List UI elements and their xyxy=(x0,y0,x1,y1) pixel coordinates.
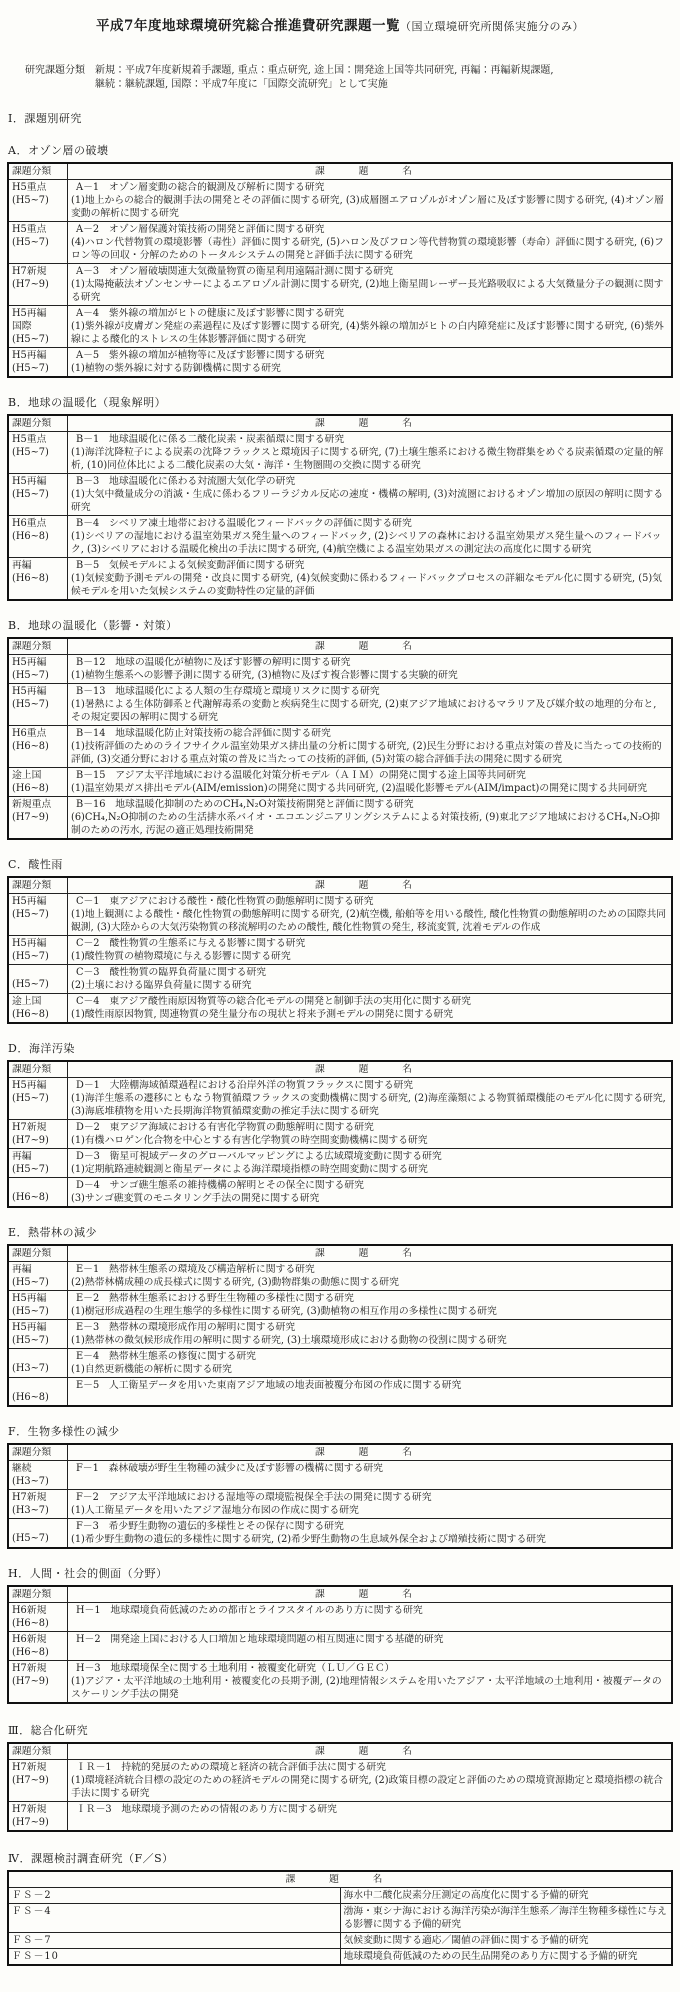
topic-title: C－3 酸性物質の臨界負荷量に関する研究 xyxy=(71,966,668,979)
topic-cell: D－1 大陸棚海域循環過程における沿岸外洋の物質フラックスに関する研究(1)海洋… xyxy=(68,1078,673,1120)
research-table-D: 課題分類課 題 名H5再編(H5~7)D－1 大陸棚海域循環過程における沿岸外洋… xyxy=(7,1060,673,1208)
class-cell: H6新規(H6~8) xyxy=(8,1632,68,1661)
table-row: H6新規(H6~8)H－2 開発途上国における人口増加と地球環境問題の相互関連に… xyxy=(8,1632,672,1661)
class-period: (H6~8) xyxy=(12,1617,64,1630)
topic-cell: D－3 衛星可視域データのグローバルマッピングによる広域環境変動に関する研究(1… xyxy=(68,1149,673,1178)
topic-detail: (1)紫外線が皮膚ガン発症の素過程に及ぼす影響に関する研究, (4)紫外線の増加… xyxy=(71,320,668,346)
research-table-III: 課題分類課 題 名H7新規(H7~9)ＩＲ－1 持続的発展のための環境と経済の統… xyxy=(7,1742,673,1832)
topic-detail: (1)地上観測による酸性・酸化性物質の動態解明に関する研究, (2)航空機, 船… xyxy=(71,908,668,934)
page-title: 平成7年度地球環境研究総合推進費研究課題一覧（国立環境研究所関係実施分のみ） xyxy=(7,14,673,34)
table-header-class: 課題分類 xyxy=(8,415,68,432)
research-table-B1: 課題分類課 題 名H5重点(H5~7)B－1 地球温暖化に係る二酸化炭素・炭素循… xyxy=(7,414,673,601)
class-cell: H5再編 国際(H5~7) xyxy=(8,306,68,348)
class-label: H5重点 xyxy=(12,181,64,194)
fs-code: ＦＳ－4 xyxy=(8,1904,340,1933)
table-header-name: 課 題 名 xyxy=(68,877,673,894)
class-label: H5再編 xyxy=(12,895,64,908)
class-label: 新規重点 xyxy=(12,798,64,811)
topic-detail: (1)定期航路連続観測と衛星データによる海洋環境指標の時空間変動に関する研究 xyxy=(71,1163,668,1176)
table-header-class: 課題分類 xyxy=(8,877,68,894)
class-cell: H5再編(H5~7) xyxy=(8,1320,68,1349)
class-cell: H5再編(H5~7) xyxy=(8,894,68,936)
topic-detail: (1)希少野生動物の遺伝的多様性に関する研究, (2)希少野生動物の生息域外保全… xyxy=(71,1533,668,1546)
table-row: (H5~7)F－3 希少野生動物の遺伝的多様性とその保存に関する研究(1)希少野… xyxy=(8,1519,672,1549)
topic-detail: (1)植物の紫外線に対する防御機構に関する研究 xyxy=(71,362,668,375)
topic-cell: E－1 熱帯林生態系の環境及び構造解析に関する研究(2)熱帯林構成種の成長様式に… xyxy=(68,1262,673,1291)
class-label: 再編 xyxy=(12,1150,64,1163)
class-period: (H5~7) xyxy=(12,978,64,991)
class-cell: H5再編(H5~7) xyxy=(8,348,68,378)
doc-title-text: 平成7年度地球環境研究総合推進費研究課題一覧 xyxy=(96,18,400,34)
topic-title: E－2 熱帯林生態系における野生生物種の多様性に関する研究 xyxy=(71,1292,668,1305)
topic-title: A－1 オゾン層変動の総合的観測及び解析に関する研究 xyxy=(71,181,668,194)
class-label: H7新規 xyxy=(12,1803,64,1816)
table-header-name: 課 題 名 xyxy=(68,1245,673,1262)
class-label: 継続 xyxy=(12,1462,64,1475)
class-label: H7新規 xyxy=(12,265,64,278)
table-row: H5重点(H5~7)A－2 オゾン層保護対策技術の開発と評価に関する研究(4)ハ… xyxy=(8,222,672,264)
table-header-name: 課 題 名 xyxy=(68,1586,673,1603)
table-row: H7新規(H7~9)H－3 地球環境保全に関する土地利用・被覆変化研究（ＬＵ／Ｇ… xyxy=(8,1661,672,1704)
topic-detail: (1)海洋生態系の遷移にともなう物質循環フラックスの変動機構に関する研究, (2… xyxy=(71,1092,668,1118)
table-row: 再編(H6~8)B－5 気候モデルによる気候変動評価に関する研究(1)気候変動予… xyxy=(8,558,672,601)
class-period: (H5~7) xyxy=(12,1276,64,1289)
topic-cell: B－15 アジア太平洋地域における温暖化対策分析モデル（ＡＩＭ）の開発に関する途… xyxy=(68,768,673,797)
topic-detail: (1)暑熱による生体防御系と代謝解毒系の変動と疾病発生に関する研究, (2)東ア… xyxy=(71,698,668,724)
class-period: (H5~7) xyxy=(12,1305,64,1318)
table-header-class: 課題分類 xyxy=(8,1444,68,1461)
class-cell: 再編(H5~7) xyxy=(8,1262,68,1291)
topic-title: B－14 地球温暖化防止対策技術の総合評価に関する研究 xyxy=(71,727,668,740)
table-row: (H6~8)D－4 サンゴ礁生態系の維持機構の解明とその保全に関する研究(3)サ… xyxy=(8,1178,672,1208)
class-period: (H7~9) xyxy=(12,278,64,291)
class-cell: H7新規(H3~7) xyxy=(8,1490,68,1519)
class-label: H7新規 xyxy=(12,1121,64,1134)
class-label: H6新規 xyxy=(12,1604,64,1617)
class-label: H5再編 xyxy=(12,349,64,362)
class-label: H5重点 xyxy=(12,433,64,446)
topic-title: F－1 森林破壊が野生生物種の減少に及ぼす影響の機構に関する研究 xyxy=(71,1462,668,1475)
class-cell: 途上国(H6~8) xyxy=(8,768,68,797)
table-header-class: 課題分類 xyxy=(8,1586,68,1603)
topic-cell: A－1 オゾン層変動の総合的観測及び解析に関する研究(1)地上からの総合的観測手… xyxy=(68,180,673,222)
topic-cell: E－5 人工衛星データを用いた東南アジア地域の地表面被覆分布図の作成に関する研究 xyxy=(68,1378,673,1407)
class-cell: H5再編(H5~7) xyxy=(8,1078,68,1120)
class-label xyxy=(12,1379,64,1391)
table-row: ＦＳ－10地球環境負荷低減のための民生品開発のあり方に関する予備的研究 xyxy=(8,1949,672,1966)
fs-code: ＦＳ－10 xyxy=(8,1949,340,1966)
section-heading-I: Ⅰ．課題別研究 xyxy=(8,110,673,126)
class-period: (H5~7) xyxy=(12,669,64,682)
table-row: ＦＳ－4渤海・東シナ海における海洋汚染が海洋生態系／海洋生物種多様性に与える影響… xyxy=(8,1904,672,1933)
topic-detail: (1)大気中微量成分の消滅・生成に係わるフリーラジカル反応の速度・機構の解明, … xyxy=(71,488,668,514)
table-row: H5再編(H5~7)C－1 東アジアにおける酸性・酸化性物質の動態解明に関する研… xyxy=(8,894,672,936)
topic-detail: (4)ハロン代替物質の環境影響（毒性）評価に関する研究, (5)ハロン及びフロン… xyxy=(71,236,668,262)
section-heading-B2: B．地球の温暖化（影響・対策） xyxy=(8,617,673,633)
class-period: (H3~7) xyxy=(12,1504,64,1517)
table-header-row: 課 題 名 xyxy=(8,1871,672,1888)
table-row: H5再編(H5~7)B－12 地球の温暖化が植物に及ぼす影響の解明に関する研究(… xyxy=(8,655,672,684)
topic-cell: B－4 シベリア凍土地帯における温暖化フィードバックの評価に関する研究(1)シベ… xyxy=(68,516,673,558)
topic-detail: (1)酸性雨原因物質, 関連物質の発生量分布の現状と将来予測モデルの開発に関する… xyxy=(71,1008,668,1021)
section-heading-A: A．オゾン層の破壊 xyxy=(8,142,673,158)
class-period: (H6~8) xyxy=(12,572,64,585)
class-period: (H5~7) xyxy=(12,362,64,375)
research-table-B2: 課題分類課 題 名H5再編(H5~7)B－12 地球の温暖化が植物に及ぼす影響の… xyxy=(7,637,673,840)
topic-cell: F－2 アジア太平洋地域における湿地等の環境監視保全手法の開発に関する研究(1)… xyxy=(68,1490,673,1519)
table-header-name: 課 題 名 xyxy=(68,415,673,432)
table-header-class: 課題分類 xyxy=(8,1245,68,1262)
table-header-name: 課 題 名 xyxy=(68,638,673,655)
table-row: H7新規(H7~9)ＩＲ－1 持続的発展のための環境と経済の統合評価手法に関する… xyxy=(8,1760,672,1802)
class-period: (H6~8) xyxy=(12,782,64,795)
topic-cell: B－3 地球温暖化に係わる対流圏大気化学の研究(1)大気中微量成分の消滅・生成に… xyxy=(68,474,673,516)
topic-cell: H－1 地球環境負荷低減のための都市とライフスタイルのあり方に関する研究 xyxy=(68,1603,673,1632)
topic-detail: (1)人工衛星データを用いたアジア湿地分布図の作成に関する研究 xyxy=(71,1504,668,1517)
table-header-name: 課 題 名 xyxy=(68,163,673,180)
table-row: H5再編(H5~7)A－5 紫外線の増加が植物等に及ぼす影響に関する研究(1)植… xyxy=(8,348,672,378)
topic-title: D－3 衛星可視域データのグローバルマッピングによる広域環境変動に関する研究 xyxy=(71,1150,668,1163)
class-period: (H6~8) xyxy=(12,530,64,543)
section-heading-E: E．熱帯林の減少 xyxy=(8,1224,673,1240)
legend-lines: 新規：平成7年度新規着手課題, 重点：重点研究, 途上国：開発途上国等共同研究,… xyxy=(95,64,554,92)
table-row: (H5~7)C－3 酸性物質の臨界負荷量に関する研究(2)土壌における臨界負荷量… xyxy=(8,965,672,994)
topic-cell: D－4 サンゴ礁生態系の維持機構の解明とその保全に関する研究(3)サンゴ礁変質の… xyxy=(68,1178,673,1208)
class-cell: H6新規(H6~8) xyxy=(8,1603,68,1632)
class-cell: (H5~7) xyxy=(8,965,68,994)
class-period: (H5~7) xyxy=(12,236,64,249)
topic-title: 地球環境負荷低減のための民生品開発のあり方に関する予備的研究 xyxy=(344,1950,669,1963)
table-row: H7新規(H7~9)D－2 東アジア海域における有害化学物質の動態解明に関する研… xyxy=(8,1120,672,1149)
class-period: (H6~8) xyxy=(12,1191,64,1204)
research-table-A: 課題分類課 題 名H5重点(H5~7)A－1 オゾン層変動の総合的観測及び解析に… xyxy=(7,162,673,378)
table-row: (H6~8)E－5 人工衛星データを用いた東南アジア地域の地表面被覆分布図の作成… xyxy=(8,1378,672,1407)
table-header-name: 課 題 名 xyxy=(8,1871,672,1888)
class-label: H5再編 国際 xyxy=(12,307,64,333)
topic-detail: (1)海洋沈降粒子による炭素の沈降フラックスと環境因子に関する研究, (7)土壌… xyxy=(71,446,668,472)
class-period: (H6~8) xyxy=(12,740,64,753)
class-cell: H6重点(H6~8) xyxy=(8,516,68,558)
class-cell: (H5~7) xyxy=(8,1519,68,1549)
class-label xyxy=(12,1179,64,1191)
class-cell: H7新規(H7~9) xyxy=(8,1120,68,1149)
topic-title: B－5 気候モデルによる気候変動評価に関する研究 xyxy=(71,559,668,572)
topic-title: H－1 地球環境負荷低減のための都市とライフスタイルのあり方に関する研究 xyxy=(71,1604,668,1617)
topic-title: A－5 紫外線の増加が植物等に及ぼす影響に関する研究 xyxy=(71,349,668,362)
section-heading-F: F．生物多様性の減少 xyxy=(8,1423,673,1439)
class-cell: H5再編(H5~7) xyxy=(8,936,68,965)
topic-title: ＩＲ－1 持続的発展のための環境と経済の統合評価手法に関する研究 xyxy=(71,1761,668,1774)
topic-cell: B－12 地球の温暖化が植物に及ぼす影響の解明に関する研究(1)植物生態系への影… xyxy=(68,655,673,684)
table-header-row: 課題分類課 題 名 xyxy=(8,1444,672,1461)
class-cell: H5再編(H5~7) xyxy=(8,1291,68,1320)
table-header-name: 課 題 名 xyxy=(68,1743,673,1760)
class-label: H5再編 xyxy=(12,937,64,950)
table-row: H7新規(H3~7)F－2 アジア太平洋地域における湿地等の環境監視保全手法の開… xyxy=(8,1490,672,1519)
topic-cell: B－16 地球温暖化抑制のためのCH₄,N₂O対策技術開発と評価に関する研究(6… xyxy=(68,797,673,840)
topic-title: F－3 希少野生動物の遺伝的多様性とその保存に関する研究 xyxy=(71,1520,668,1533)
class-period: (H7~9) xyxy=(12,1774,64,1787)
topic-cell: A－4 紫外線の増加がヒトの健康に及ぼす影響に関する研究(1)紫外線が皮膚ガン発… xyxy=(68,306,673,348)
topic-cell: D－2 東アジア海域における有害化学物質の動態解明に関する研究(1)有機ハロゲン… xyxy=(68,1120,673,1149)
topic-cell: C－4 東アジア酸性雨原因物質等の総合化モデルの開発と制御手法の実用化に関する研… xyxy=(68,994,673,1024)
topic-title: B－12 地球の温暖化が植物に及ぼす影響の解明に関する研究 xyxy=(71,656,668,669)
topic-cell: A－3 オゾン層破壊関連大気微量物質の衛星利用遠隔計測に関する研究(1)太陽掩蔽… xyxy=(68,264,673,306)
topic-cell: F－1 森林破壊が野生生物種の減少に及ぼす影響の機構に関する研究 xyxy=(68,1461,673,1490)
topic-cell: E－3 熱帯林の環境形成作用の解明に関する研究(1)熱帯林の微気候形成作用の解明… xyxy=(68,1320,673,1349)
topic-title: B－1 地球温暖化に係る二酸化炭素・炭素循環に関する研究 xyxy=(71,433,668,446)
table-row: H5重点(H5~7)B－1 地球温暖化に係る二酸化炭素・炭素循環に関する研究(1… xyxy=(8,432,672,474)
research-table-H: 課題分類課 題 名H6新規(H6~8)H－1 地球環境負荷低減のための都市とライ… xyxy=(7,1585,673,1704)
topic-cell: B－13 地球温暖化による人類の生存環境と環境リスクに関する研究(1)暑熱による… xyxy=(68,684,673,726)
topic-detail: (1)熱帯林の微気候形成作用の解明に関する研究, (3)土壌環境形成における動物… xyxy=(71,1334,668,1347)
class-label xyxy=(12,1520,64,1532)
topic-title: B－13 地球温暖化による人類の生存環境と環境リスクに関する研究 xyxy=(71,685,668,698)
document-page: 平成7年度地球環境研究総合推進費研究課題一覧（国立環境研究所関係実施分のみ） 研… xyxy=(0,0,680,1992)
table-header-row: 課題分類課 題 名 xyxy=(8,1586,672,1603)
table-row: H5再編(H5~7)E－3 熱帯林の環境形成作用の解明に関する研究(1)熱帯林の… xyxy=(8,1320,672,1349)
class-period: (H3~7) xyxy=(12,1362,64,1375)
table-row: H5再編(H5~7)E－2 熱帯林生態系における野生生物種の多様性に関する研究(… xyxy=(8,1291,672,1320)
class-period: (H5~7) xyxy=(12,333,64,346)
fs-code: ＦＳ－2 xyxy=(8,1888,340,1904)
topic-title: D－1 大陸棚海域循環過程における沿岸外洋の物質フラックスに関する研究 xyxy=(71,1079,668,1092)
table-header-name: 課 題 名 xyxy=(68,1061,673,1078)
class-cell: H7新規(H7~9) xyxy=(8,264,68,306)
topic-title: F－2 アジア太平洋地域における湿地等の環境監視保全手法の開発に関する研究 xyxy=(71,1491,668,1504)
class-period: (H6~8) xyxy=(12,1646,64,1659)
topic-title: E－3 熱帯林の環境形成作用の解明に関する研究 xyxy=(71,1321,668,1334)
topic-detail: (6)CH₄,N₂O抑制のための生活排水系バイオ・エコエンジニアリングシステムに… xyxy=(71,811,668,837)
class-cell: H7新規(H7~9) xyxy=(8,1802,68,1832)
class-label: H5再編 xyxy=(12,685,64,698)
table-header-class: 課題分類 xyxy=(8,163,68,180)
table-row: H5再編 国際(H5~7)A－4 紫外線の増加がヒトの健康に及ぼす影響に関する研… xyxy=(8,306,672,348)
class-period: (H7~9) xyxy=(12,1816,64,1829)
table-header-row: 課題分類課 題 名 xyxy=(8,163,672,180)
topic-detail: (1)樹冠形成過程の生理生態学的多様性に関する研究, (3)動植物の相互作用の多… xyxy=(71,1305,668,1318)
table-row: H5再編(H5~7)D－1 大陸棚海域循環過程における沿岸外洋の物質フラックスに… xyxy=(8,1078,672,1120)
class-period: (H7~9) xyxy=(12,1134,64,1147)
topic-cell: B－14 地球温暖化防止対策技術の総合評価に関する研究(1)技術評価のためのライ… xyxy=(68,726,673,768)
table-header-class: 課題分類 xyxy=(8,1061,68,1078)
topic-cell: ＩＲ－3 地球環境予測のための情報のあり方に関する研究 xyxy=(68,1802,673,1832)
class-period: (H5~7) xyxy=(12,194,64,207)
table-row: H7新規(H7~9)A－3 オゾン層破壊関連大気微量物質の衛星利用遠隔計測に関す… xyxy=(8,264,672,306)
topic-detail: (1)温室効果ガス排出モデル(AIM/emission)の開発に関する共同研究,… xyxy=(71,782,668,795)
topic-title: D－4 サンゴ礁生態系の維持機構の解明とその保全に関する研究 xyxy=(71,1179,668,1192)
table-row: (H3~7)E－4 熱帯林生態系の修復に関する研究(1)自然更新機能の解析に関す… xyxy=(8,1349,672,1378)
class-period: (H5~7) xyxy=(12,698,64,711)
topic-cell: F－3 希少野生動物の遺伝的多様性とその保存に関する研究(1)希少野生動物の遺伝… xyxy=(68,1519,673,1549)
table-row: 再編(H5~7)E－1 熱帯林生態系の環境及び構造解析に関する研究(2)熱帯林構… xyxy=(8,1262,672,1291)
table-header-row: 課題分類課 題 名 xyxy=(8,1245,672,1262)
topic-detail: (1)地上からの総合的観測手法の開発とその評価に関する研究, (3)成層圏エアロ… xyxy=(71,194,668,220)
class-period: (H5~7) xyxy=(12,950,64,963)
topic-detail: (1)環境経済統合目標の設定のための経済モデルの開発に関する研究, (2)政策目… xyxy=(71,1774,668,1800)
topic-cell: 海水中二酸化炭素分圧測定の高度化に関する予備的研究 xyxy=(340,1888,672,1904)
table-row: H6重点(H6~8)B－14 地球温暖化防止対策技術の総合評価に関する研究(1)… xyxy=(8,726,672,768)
topic-cell: H－3 地球環境保全に関する土地利用・被覆変化研究（ＬＵ／ＧＥＣ）(1)アジア・… xyxy=(68,1661,673,1704)
table-row: 途上国(H6~8)C－4 東アジア酸性雨原因物質等の総合化モデルの開発と制御手法… xyxy=(8,994,672,1024)
class-cell: 再編(H6~8) xyxy=(8,558,68,601)
class-label: H6重点 xyxy=(12,517,64,530)
topic-cell: A－5 紫外線の増加が植物等に及ぼす影響に関する研究(1)植物の紫外線に対する防… xyxy=(68,348,673,378)
table-header-row: 課題分類課 題 名 xyxy=(8,415,672,432)
topic-cell: E－2 熱帯林生態系における野生生物種の多様性に関する研究(1)樹冠形成過程の生… xyxy=(68,1291,673,1320)
topic-title: H－3 地球環境保全に関する土地利用・被覆変化研究（ＬＵ／ＧＥＣ） xyxy=(71,1662,668,1675)
class-period: (H5~7) xyxy=(12,908,64,921)
topic-cell: C－2 酸性物質の生態系に与える影響に関する研究(1)酸性物質の植物環境に与える… xyxy=(68,936,673,965)
class-cell: (H6~8) xyxy=(8,1178,68,1208)
doc-title-suffix: （国立環境研究所関係実施分のみ） xyxy=(400,20,584,33)
class-cell: 再編(H5~7) xyxy=(8,1149,68,1178)
topic-cell: B－1 地球温暖化に係る二酸化炭素・炭素循環に関する研究(1)海洋沈降粒子による… xyxy=(68,432,673,474)
section-heading-III: Ⅲ．総合化研究 xyxy=(8,1722,673,1738)
topic-detail: (2)熱帯林構成種の成長様式に関する研究, (3)動物群集の動態に関する研究 xyxy=(71,1276,668,1289)
topic-title: B－3 地球温暖化に係わる対流圏大気化学の研究 xyxy=(71,475,668,488)
class-label: H7新規 xyxy=(12,1761,64,1774)
topic-title: C－1 東アジアにおける酸性・酸化性物質の動態解明に関する研究 xyxy=(71,895,668,908)
table-header-class: 課題分類 xyxy=(8,1743,68,1760)
topic-detail: (1)アジア・太平洋地域の土地利用・被覆変化の長期予測, (2)地理情報システム… xyxy=(71,1675,668,1701)
class-period: (H6~8) xyxy=(12,1391,64,1404)
legend-label: 研究課題分類 xyxy=(25,64,85,92)
legend-line-1: 新規：平成7年度新規着手課題, 重点：重点研究, 途上国：開発途上国等共同研究,… xyxy=(95,64,554,78)
topic-detail: (1)自然更新機能の解析に関する研究 xyxy=(71,1363,668,1376)
class-label: H5再編 xyxy=(12,1079,64,1092)
research-table-IV: 課 題 名ＦＳ－2海水中二酸化炭素分圧測定の高度化に関する予備的研究ＦＳ－4渤海… xyxy=(7,1870,673,1966)
topic-title: 海水中二酸化炭素分圧測定の高度化に関する予備的研究 xyxy=(344,1889,669,1902)
topic-title: 気候変動に関する適応／閾値の評価に関する予備的研究 xyxy=(344,1934,669,1947)
class-label xyxy=(12,966,64,978)
table-header-row: 課題分類課 題 名 xyxy=(8,1743,672,1760)
topic-detail: (1)有機ハロゲン化合物を中心とする有害化学物質の時空間変動機構に関する研究 xyxy=(71,1134,668,1147)
table-header-row: 課題分類課 題 名 xyxy=(8,1061,672,1078)
table-row: H5重点(H5~7)A－1 オゾン層変動の総合的観測及び解析に関する研究(1)地… xyxy=(8,180,672,222)
table-row: 再編(H5~7)D－3 衛星可視域データのグローバルマッピングによる広域環境変動… xyxy=(8,1149,672,1178)
table-row: H5再編(H5~7)B－13 地球温暖化による人類の生存環境と環境リスクに関する… xyxy=(8,684,672,726)
class-label: H5再編 xyxy=(12,475,64,488)
class-cell: (H3~7) xyxy=(8,1349,68,1378)
class-label: H5重点 xyxy=(12,223,64,236)
section-heading-D: D．海洋汚染 xyxy=(8,1040,673,1056)
topic-cell: C－1 東アジアにおける酸性・酸化性物質の動態解明に関する研究(1)地上観測によ… xyxy=(68,894,673,936)
class-period: (H3~7) xyxy=(12,1475,64,1488)
topic-cell: 気候変動に関する適応／閾値の評価に関する予備的研究 xyxy=(340,1933,672,1949)
class-cell: H7新規(H7~9) xyxy=(8,1661,68,1704)
topic-title: H－2 開発途上国における人口増加と地球環境問題の相互関連に関する基礎的研究 xyxy=(71,1633,668,1646)
fs-code: ＦＳ－7 xyxy=(8,1933,340,1949)
class-cell: H5重点(H5~7) xyxy=(8,222,68,264)
topic-cell: B－5 気候モデルによる気候変動評価に関する研究(1)気候変動予測モデルの開発・… xyxy=(68,558,673,601)
topic-title: B－4 シベリア凍土地帯における温暖化フィードバックの評価に関する研究 xyxy=(71,517,668,530)
topic-cell: E－4 熱帯林生態系の修復に関する研究(1)自然更新機能の解析に関する研究 xyxy=(68,1349,673,1378)
topic-cell: 地球環境負荷低減のための民生品開発のあり方に関する予備的研究 xyxy=(340,1949,672,1966)
topic-title: 渤海・東シナ海における海洋汚染が海洋生態系／海洋生物種多様性に与える影響に関する… xyxy=(344,1905,669,1931)
table-row: ＦＳ－2海水中二酸化炭素分圧測定の高度化に関する予備的研究 xyxy=(8,1888,672,1904)
topic-title: A－3 オゾン層破壊関連大気微量物質の衛星利用遠隔計測に関する研究 xyxy=(71,265,668,278)
topic-title: A－2 オゾン層保護対策技術の開発と評価に関する研究 xyxy=(71,223,668,236)
section-heading-C: C．酸性雨 xyxy=(8,856,673,872)
class-label: 再編 xyxy=(12,1263,64,1276)
class-cell: (H6~8) xyxy=(8,1378,68,1407)
sections-container: Ⅰ．課題別研究A．オゾン層の破壊課題分類課 題 名H5重点(H5~7)A－1 オ… xyxy=(7,110,673,1966)
class-cell: H5再編(H5~7) xyxy=(8,684,68,726)
table-row: ＦＳ－7気候変動に関する適応／閾値の評価に関する予備的研究 xyxy=(8,1933,672,1949)
table-row: 途上国(H6~8)B－15 アジア太平洋地域における温暖化対策分析モデル（ＡＩＭ… xyxy=(8,768,672,797)
research-table-E: 課題分類課 題 名再編(H5~7)E－1 熱帯林生態系の環境及び構造解析に関する… xyxy=(7,1244,673,1407)
class-label: H6新規 xyxy=(12,1633,64,1646)
section-heading-IV: Ⅳ．課題検討調査研究（F／S） xyxy=(8,1850,673,1866)
class-period: (H5~7) xyxy=(12,446,64,459)
research-table-C: 課題分類課 題 名H5再編(H5~7)C－1 東アジアにおける酸性・酸化性物質の… xyxy=(7,876,673,1024)
table-row: H6新規(H6~8)H－1 地球環境負荷低減のための都市とライフスタイルのあり方… xyxy=(8,1603,672,1632)
topic-detail: (1)太陽掩蔽法オゾンセンサーによるエアロゾル計測に関する研究, (2)地上衛星… xyxy=(71,278,668,304)
table-header-row: 課題分類課 題 名 xyxy=(8,877,672,894)
table-header-row: 課題分類課 題 名 xyxy=(8,638,672,655)
topic-cell: H－2 開発途上国における人口増加と地球環境問題の相互関連に関する基礎的研究 xyxy=(68,1632,673,1661)
section-heading-H: H．人間・社会的側面（分野） xyxy=(8,1565,673,1581)
section-heading-B1: B．地球の温暖化（現象解明） xyxy=(8,394,673,410)
class-period: (H5~7) xyxy=(12,488,64,501)
class-cell: H5再編(H5~7) xyxy=(8,474,68,516)
topic-cell: C－3 酸性物質の臨界負荷量に関する研究(2)土壌における臨界負荷量に関する研究 xyxy=(68,965,673,994)
class-label: H6重点 xyxy=(12,727,64,740)
table-header-class: 課題分類 xyxy=(8,638,68,655)
topic-title: E－4 熱帯林生態系の修復に関する研究 xyxy=(71,1350,668,1363)
table-row: 新規重点(H7~9)B－16 地球温暖化抑制のためのCH₄,N₂O対策技術開発と… xyxy=(8,797,672,840)
topic-cell: 渤海・東シナ海における海洋汚染が海洋生態系／海洋生物種多様性に与える影響に関する… xyxy=(340,1904,672,1933)
table-row: H7新規(H7~9)ＩＲ－3 地球環境予測のための情報のあり方に関する研究 xyxy=(8,1802,672,1832)
topic-title: E－5 人工衛星データを用いた東南アジア地域の地表面被覆分布図の作成に関する研究 xyxy=(71,1379,668,1392)
topic-title: B－16 地球温暖化抑制のためのCH₄,N₂O対策技術開発と評価に関する研究 xyxy=(71,798,668,811)
topic-title: E－1 熱帯林生態系の環境及び構造解析に関する研究 xyxy=(71,1263,668,1276)
topic-title: C－2 酸性物質の生態系に与える影響に関する研究 xyxy=(71,937,668,950)
class-period: (H5~7) xyxy=(12,1334,64,1347)
class-cell: H7新規(H7~9) xyxy=(8,1760,68,1802)
topic-detail: (2)土壌における臨界負荷量に関する研究 xyxy=(71,979,668,992)
class-label: H5再編 xyxy=(12,656,64,669)
class-period: (H5~7) xyxy=(12,1092,64,1105)
class-label: H5再編 xyxy=(12,1321,64,1334)
class-cell: 途上国(H6~8) xyxy=(8,994,68,1024)
table-row: H5再編(H5~7)B－3 地球温暖化に係わる対流圏大気化学の研究(1)大気中微… xyxy=(8,474,672,516)
topic-detail: (1)技術評価のためのライフサイクル温室効果ガス排出量の分析に関する研究, (2… xyxy=(71,740,668,766)
class-label xyxy=(12,1350,64,1362)
class-label: H7新規 xyxy=(12,1662,64,1675)
table-row: 継続(H3~7)F－1 森林破壊が野生生物種の減少に及ぼす影響の機構に関する研究 xyxy=(8,1461,672,1490)
topic-detail: (1)気候変動予測モデルの開発・改良に関する研究, (4)気候変動に係わるフィー… xyxy=(71,572,668,598)
research-table-F: 課題分類課 題 名継続(H3~7)F－1 森林破壊が野生生物種の減少に及ぼす影響… xyxy=(7,1443,673,1549)
class-cell: 継続(H3~7) xyxy=(8,1461,68,1490)
class-label: 再編 xyxy=(12,559,64,572)
class-cell: H5再編(H5~7) xyxy=(8,655,68,684)
class-label: H5再編 xyxy=(12,1292,64,1305)
class-label: 途上国 xyxy=(12,769,64,782)
table-row: H5再編(H5~7)C－2 酸性物質の生態系に与える影響に関する研究(1)酸性物… xyxy=(8,936,672,965)
classification-legend: 研究課題分類 新規：平成7年度新規着手課題, 重点：重点研究, 途上国：開発途上… xyxy=(25,64,673,92)
topic-title: C－4 東アジア酸性雨原因物質等の総合化モデルの開発と制御手法の実用化に関する研… xyxy=(71,995,668,1008)
topic-detail: (1)植物生態系への影響予測に関する研究, (3)植物に及ぼす複合影響に関する実… xyxy=(71,669,668,682)
topic-detail: (1)酸性物質の植物環境に与える影響に関する研究 xyxy=(71,950,668,963)
class-period: (H7~9) xyxy=(12,1675,64,1688)
class-label: H7新規 xyxy=(12,1491,64,1504)
topic-title: ＩＲ－3 地球環境予測のための情報のあり方に関する研究 xyxy=(71,1803,668,1816)
legend-line-2: 継続：継続課題, 国際：平成7年度に「国際交流研究」として実施 xyxy=(95,78,554,92)
class-period: (H6~8) xyxy=(12,1008,64,1021)
table-header-name: 課 題 名 xyxy=(68,1444,673,1461)
